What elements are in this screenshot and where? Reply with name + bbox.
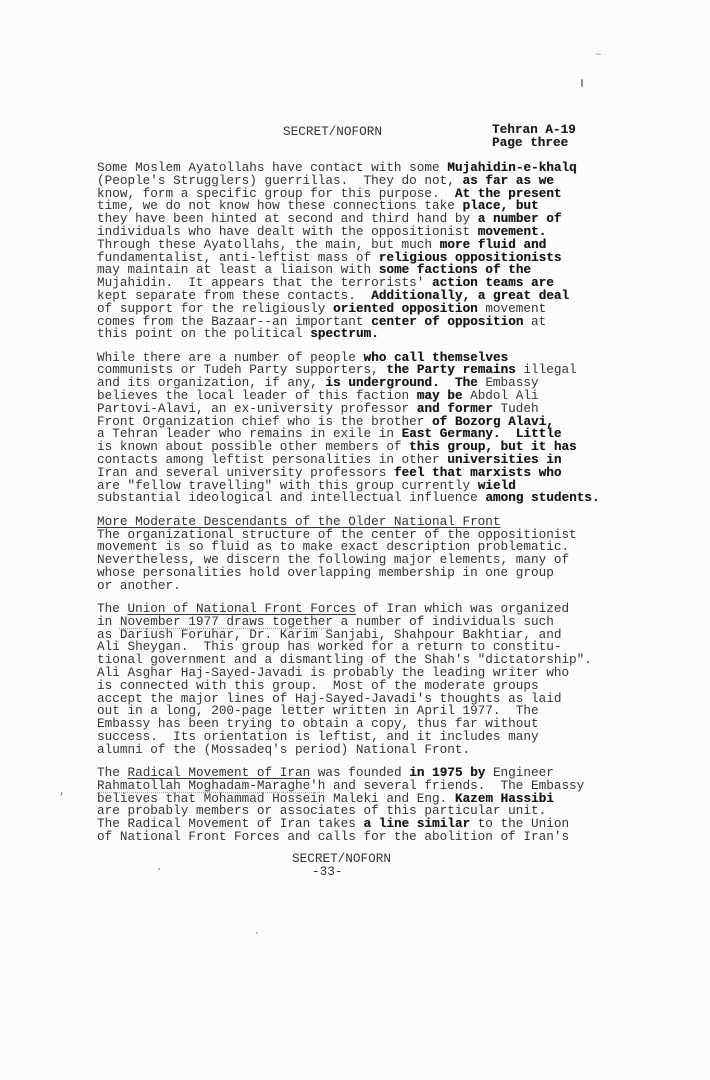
text-segment: alumni of the (Mossadeq's period) Nation… xyxy=(97,742,470,757)
scan-artifact xyxy=(158,868,160,870)
text-segment: at xyxy=(523,314,546,329)
text-segment: this point on the political xyxy=(97,326,310,341)
text-segment: spectrum. xyxy=(310,326,379,341)
text-segment: or another. xyxy=(97,578,181,593)
text-segment: center of opposition xyxy=(371,314,523,329)
text-segment: among students. xyxy=(485,490,599,505)
page-footer: SECRET/NOFORN -33- xyxy=(292,853,391,879)
paragraph-union-of-national-front-forces: The Union of National Front Forces of Ir… xyxy=(97,603,617,757)
document-body: Some Moslem Ayatollahs have contact with… xyxy=(97,162,617,854)
scan-artifact: ~ xyxy=(595,50,602,63)
section-more-moderate-descendants: More Moderate Descendants of the Older N… xyxy=(97,516,617,593)
page-label: Page three xyxy=(492,137,576,150)
text-line: substantial ideological and intellectual… xyxy=(97,492,617,505)
classification-header: SECRET/NOFORN xyxy=(283,126,382,139)
text-line: alumni of the (Mossadeq's period) Nation… xyxy=(97,744,617,757)
paragraph-ayatollah-contacts: Some Moslem Ayatollahs have contact with… xyxy=(97,162,617,341)
text-line: of National Front Forces and calls for t… xyxy=(97,831,617,844)
scan-artifact xyxy=(256,932,258,934)
document-reference: Tehran A-19 Page three xyxy=(492,124,576,150)
scan-artifact xyxy=(581,79,583,87)
document-page: SECRET/NOFORN Tehran A-19 Page three Som… xyxy=(0,0,710,1080)
page-number: -33- xyxy=(312,866,391,879)
text-segment: of National Front Forces and calls for t… xyxy=(97,829,569,844)
text-segment: substantial ideological and intellectual… xyxy=(97,490,485,505)
paragraph-radical-movement: The Radical Movement of Iran was founded… xyxy=(97,767,617,844)
scan-artifact: , xyxy=(59,786,66,799)
text-line: or another. xyxy=(97,580,617,593)
paragraph-tudeh-party: While there are a number of people who c… xyxy=(97,352,617,506)
text-line: this point on the political spectrum. xyxy=(97,328,617,341)
